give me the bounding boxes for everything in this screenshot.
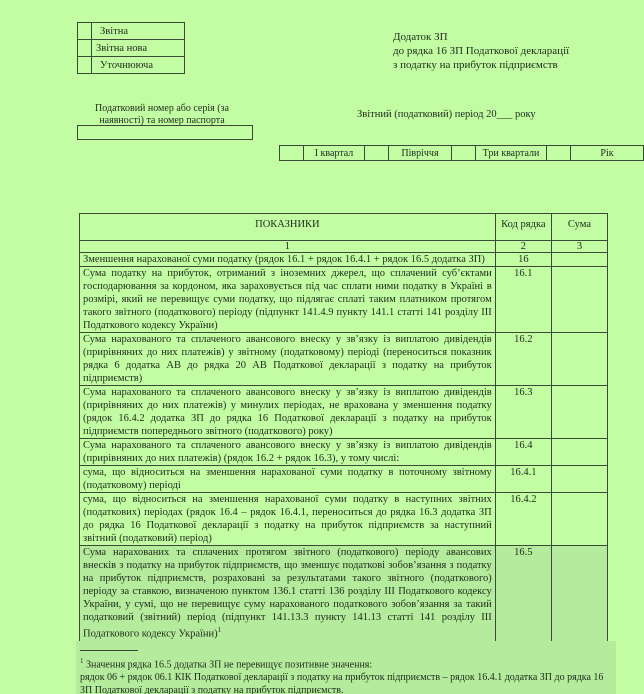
row-description-text: Сума нарахованих та сплачених протягом з… xyxy=(83,547,492,640)
footnote-line: Значення рядка 16.5 додатка ЗП не переви… xyxy=(86,659,372,670)
row-code: 16.4.2 xyxy=(495,493,551,546)
passport-field[interactable] xyxy=(77,125,253,140)
table-row: Сума нарахованих та сплачених протягом з… xyxy=(80,546,608,642)
period-option-three-quarters: Три квартали xyxy=(476,146,547,161)
row-code: 16 xyxy=(495,253,551,267)
row-sum-field[interactable] xyxy=(551,386,607,439)
row-description: Сума нарахованих та сплачених протягом з… xyxy=(80,546,496,642)
footnote-divider xyxy=(80,650,138,651)
indicators-table: ПОКАЗНИКИ Код рядка Сума 1 2 3 Зменшення… xyxy=(79,213,608,642)
row-code: 16.4 xyxy=(495,439,551,466)
column-header-sum: Сума xyxy=(551,214,607,241)
row-description: Сума нарахованого та сплаченого авансово… xyxy=(80,333,496,386)
row-code: 16.5 xyxy=(495,546,551,642)
column-number: 1 xyxy=(80,241,496,253)
report-type-checkbox-zvitna-nova[interactable] xyxy=(78,40,92,57)
table-row: Сума нарахованого та сплаченого авансово… xyxy=(80,386,608,439)
table-row: Сума нарахованого та сплаченого авансово… xyxy=(80,333,608,386)
row-description: Сума податку на прибуток, отриманий з ін… xyxy=(80,267,496,333)
footnote-line: рядок 06 + рядок 06.1 КІК Податкової дек… xyxy=(80,671,612,694)
column-header-indicators: ПОКАЗНИКИ xyxy=(80,214,496,241)
period-checkbox-three-quarters[interactable] xyxy=(452,146,476,161)
row-code: 16.1 xyxy=(495,267,551,333)
table-header-row: ПОКАЗНИКИ Код рядка Сума xyxy=(80,214,608,241)
report-type-checkbox-utochniuiucha[interactable] xyxy=(78,57,92,74)
footnote-mark: 1 xyxy=(80,657,84,665)
row-description: сума, що відноситься на зменшення нарахо… xyxy=(80,466,496,493)
table-row: Сума нарахованого та сплаченого авансово… xyxy=(80,439,608,466)
row-description: сума, що відноситься на зменшення нарахо… xyxy=(80,493,496,546)
report-type-row: Уточнююча xyxy=(78,57,185,74)
row-description: Зменшення нарахованої суми податку (рядо… xyxy=(80,253,496,267)
report-type-label: Уточнююча xyxy=(92,57,185,74)
column-header-code: Код рядка xyxy=(495,214,551,241)
annex-line: Додаток ЗП xyxy=(393,30,569,44)
column-number-row: 1 2 3 xyxy=(80,241,608,253)
table-row: сума, що відноситься на зменшення нарахо… xyxy=(80,466,608,493)
column-number: 3 xyxy=(551,241,607,253)
row-code: 16.4.1 xyxy=(495,466,551,493)
annex-line: до рядка 16 ЗП Податкової декларації xyxy=(393,44,569,58)
row-description: Сума нарахованого та сплаченого авансово… xyxy=(80,386,496,439)
report-type-checkbox-zvitna[interactable] xyxy=(78,23,92,40)
row-sum-field[interactable] xyxy=(551,267,607,333)
table-row: Зменшення нарахованої суми податку (рядо… xyxy=(80,253,608,267)
footnote-text: 1 Значення рядка 16.5 додатка ЗП не пере… xyxy=(80,655,612,694)
period-selector: I квартал Півріччя Три квартали Рік xyxy=(279,145,644,161)
footnote: 1 Значення рядка 16.5 додатка ЗП не пере… xyxy=(76,641,616,694)
row-sum-field[interactable] xyxy=(551,493,607,546)
report-type-row: Звітна нова xyxy=(78,40,185,57)
period-checkbox-year[interactable] xyxy=(547,146,571,161)
row-sum-field[interactable] xyxy=(551,466,607,493)
period-checkbox-q1[interactable] xyxy=(280,146,304,161)
row-sum-field[interactable] xyxy=(551,333,607,386)
report-type-row: Звітна xyxy=(78,23,185,40)
column-number: 2 xyxy=(495,241,551,253)
passport-label: Податковий номер або серія (за наявності… xyxy=(92,103,232,127)
period-option-year: Рік xyxy=(571,146,644,161)
row-sum-field[interactable] xyxy=(551,253,607,267)
row-description: Сума нарахованого та сплаченого авансово… xyxy=(80,439,496,466)
row-code: 16.3 xyxy=(495,386,551,439)
period-checkbox-half-year[interactable] xyxy=(365,146,389,161)
annex-line: з податку на прибуток підприємств xyxy=(393,58,569,72)
row-code: 16.2 xyxy=(495,333,551,386)
report-type-label: Звітна xyxy=(92,23,185,40)
annex-title: Додаток ЗП до рядка 16 ЗП Податкової дек… xyxy=(393,30,569,72)
table-row: сума, що відноситься на зменшення нарахо… xyxy=(80,493,608,546)
report-type-table: Звітна Звітна нова Уточнююча xyxy=(77,22,185,74)
period-label: Звітний (податковий) період 20___ року xyxy=(357,109,536,120)
row-sum-field[interactable] xyxy=(551,439,607,466)
footnote-reference[interactable]: 1 xyxy=(218,626,222,634)
table-row: Сума податку на прибуток, отриманий з ін… xyxy=(80,267,608,333)
row-sum-field[interactable] xyxy=(551,546,607,642)
period-option-half-year: Півріччя xyxy=(389,146,452,161)
period-option-q1: I квартал xyxy=(304,146,365,161)
report-type-label: Звітна нова xyxy=(92,40,185,57)
